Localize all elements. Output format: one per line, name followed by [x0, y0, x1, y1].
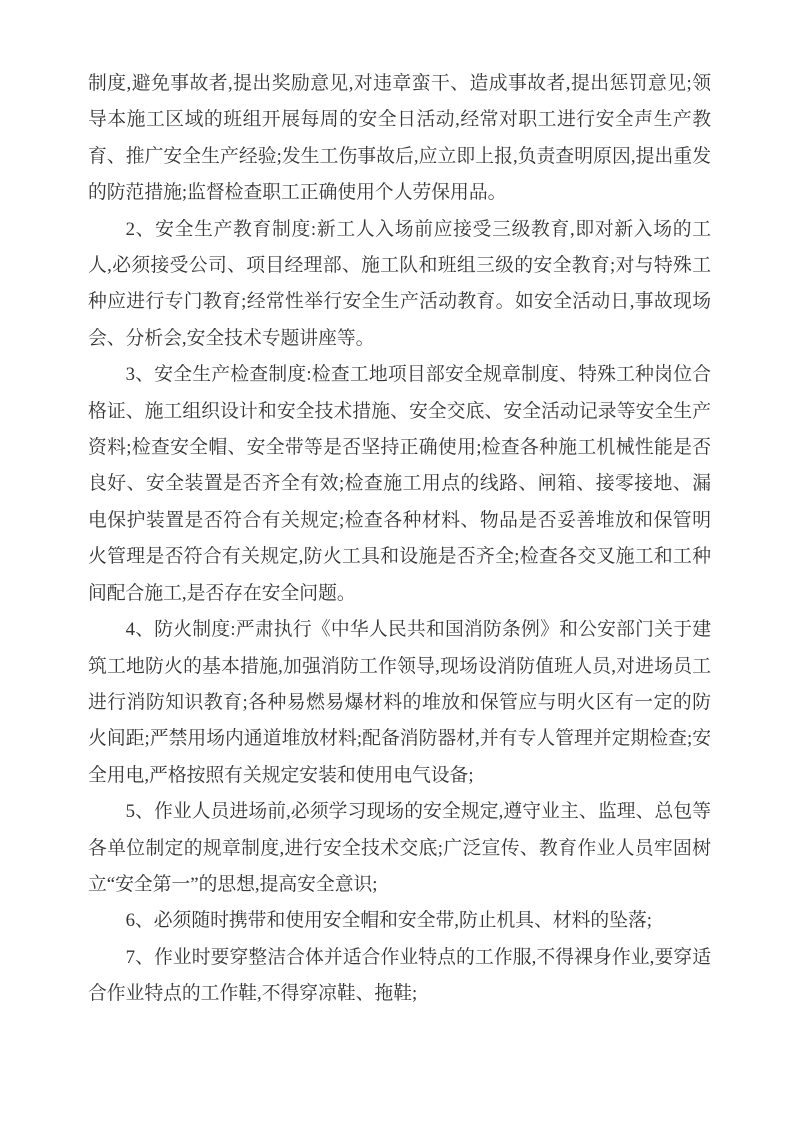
document-body-text: 制度,避免事故者,提出奖励意见,对违章蛮干、造成事故者,提出惩罚意见;领导本施工… — [88, 66, 711, 1013]
paragraph-item-7: 7、作业时要穿整洁合体并适合作业特点的工作服,不得裸身作业,要穿适合作业特点的工… — [88, 940, 711, 1013]
paragraph-item-2: 2、安全生产教育制度:新工人入场前应接受三级教育,即对新入场的工人,必须接受公司… — [88, 212, 711, 358]
paragraph-item-1-continuation: 制度,避免事故者,提出奖励意见,对违章蛮干、造成事故者,提出惩罚意见;领导本施工… — [88, 66, 711, 212]
paragraph-item-6: 6、必须随时携带和使用安全帽和安全带,防止机具、材料的坠落; — [88, 903, 711, 939]
paragraph-item-5: 5、作业人员进场前,必须学习现场的安全规定,遵守业主、监理、总包等各单位制定的规… — [88, 794, 711, 903]
paragraph-item-4: 4、防火制度:严肃执行《中华人民共和国消防条例》和公安部门关于建筑工地防火的基本… — [88, 612, 711, 794]
document-page: 制度,避免事故者,提出奖励意见,对违章蛮干、造成事故者,提出惩罚意见;领导本施工… — [0, 0, 793, 1122]
paragraph-item-3: 3、安全生产检查制度:检查工地项目部安全规章制度、特殊工种岗位合格证、施工组织设… — [88, 357, 711, 612]
